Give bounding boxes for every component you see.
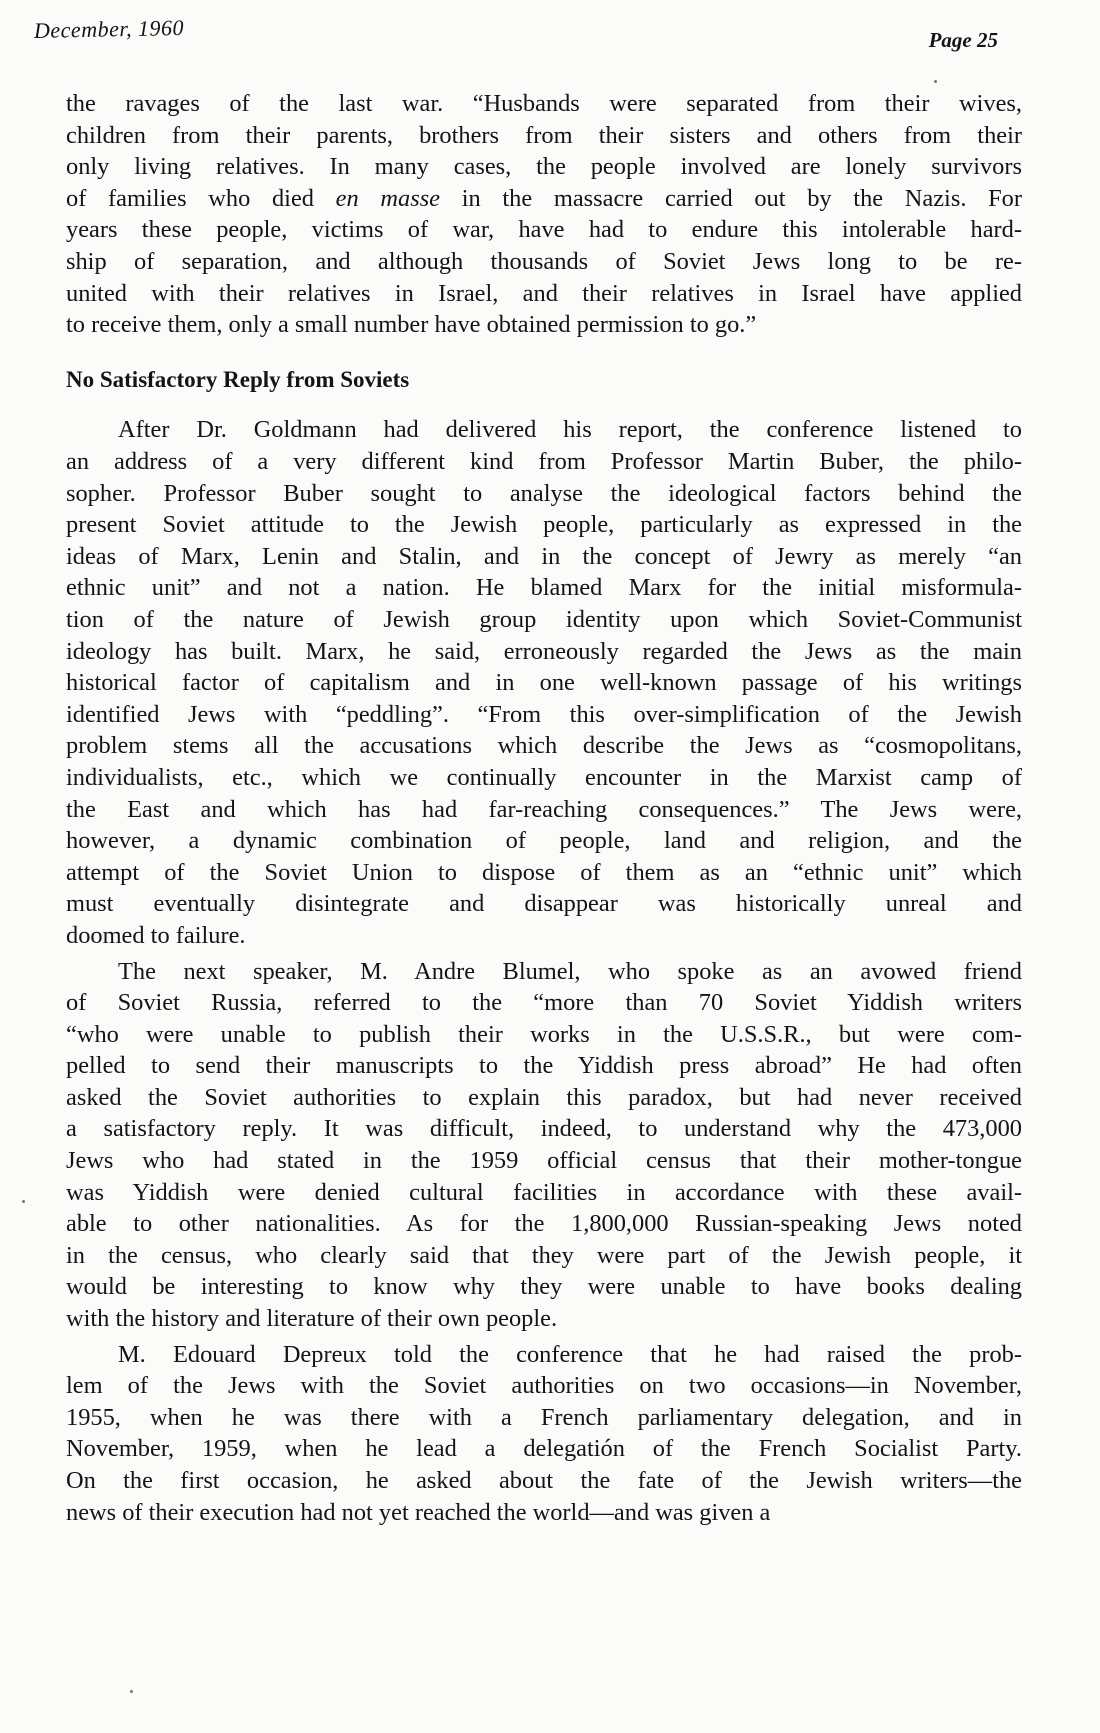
text-line: an address of a very different kind from… xyxy=(66,446,1022,478)
issue-date: December, 1960 xyxy=(34,15,184,44)
text-line: would be interesting to know why they we… xyxy=(66,1271,1022,1303)
text-line: pelled to send their manuscripts to the … xyxy=(66,1050,1022,1082)
text-line: 1955, when he was there with a French pa… xyxy=(66,1402,1022,1434)
text-line: however, a dynamic combination of people… xyxy=(66,825,1022,857)
page-header: December, 1960 Page 25 xyxy=(34,18,998,58)
paragraph: The next speaker, M. Andre Blumel, who s… xyxy=(66,956,1022,1335)
text-line: must eventually disintegrate and disappe… xyxy=(66,888,1022,920)
text-line: historical factor of capitalism and in o… xyxy=(66,667,1022,699)
text-line: sopher. Professor Buber sought to analys… xyxy=(66,478,1022,510)
text-line: problem stems all the accusations which … xyxy=(66,730,1022,762)
text-line: united with their relatives in Israel, a… xyxy=(66,278,1022,310)
text-line: lem of the Jews with the Soviet authorit… xyxy=(66,1370,1022,1402)
text-line: The next speaker, M. Andre Blumel, who s… xyxy=(66,956,1022,988)
text-line-with-italic: of families who died en masse in the mas… xyxy=(66,183,1022,215)
text-line: only living relatives. In many cases, th… xyxy=(66,151,1022,183)
paragraph: After Dr. Goldmann had delivered his rep… xyxy=(66,414,1022,951)
text-line: children from their parents, brothers fr… xyxy=(66,120,1022,152)
text-line: ethnic unit” and not a nation. He blamed… xyxy=(66,572,1022,604)
page-number: Page 25 xyxy=(929,28,998,53)
text-line: to receive them, only a small number hav… xyxy=(66,309,1022,341)
text-line: years these people, victims of war, have… xyxy=(66,214,1022,246)
text-line: the ravages of the last war. “Husbands w… xyxy=(66,88,1022,120)
article-body: the ravages of the last war. “Husbands w… xyxy=(66,88,1022,1528)
scan-speck xyxy=(130,1690,133,1693)
text-line: Jews who had stated in the 1959 official… xyxy=(66,1145,1022,1177)
text-line: with the history and literature of their… xyxy=(66,1303,1022,1335)
text-line: of Soviet Russia, referred to the “more … xyxy=(66,987,1022,1019)
text-line: On the first occasion, he asked about th… xyxy=(66,1465,1022,1497)
section-heading: No Satisfactory Reply from Soviets xyxy=(66,364,1022,396)
intro-paragraph: the ravages of the last war. “Husbands w… xyxy=(66,88,1022,341)
scan-speck xyxy=(934,80,937,83)
text-line: news of their execution had not yet reac… xyxy=(66,1497,1022,1529)
text-line: individualists, etc., which we continual… xyxy=(66,762,1022,794)
text-line: ship of separation, and although thousan… xyxy=(66,246,1022,278)
text-line: was Yiddish were denied cultural facilit… xyxy=(66,1177,1022,1209)
text-line: asked the Soviet authorities to explain … xyxy=(66,1082,1022,1114)
text-line: After Dr. Goldmann had delivered his rep… xyxy=(66,414,1022,446)
text-line: the East and which has had far-reaching … xyxy=(66,794,1022,826)
scan-speck xyxy=(22,1200,25,1203)
text-line: “who were unable to publish their works … xyxy=(66,1019,1022,1051)
text-line: a satisfactory reply. It was difficult, … xyxy=(66,1113,1022,1145)
italic-phrase: en masse xyxy=(336,185,440,212)
text-line: ideas of Marx, Lenin and Stalin, and in … xyxy=(66,541,1022,573)
text-line: November, 1959, when he lead a delegatió… xyxy=(66,1433,1022,1465)
paragraphs: After Dr. Goldmann had delivered his rep… xyxy=(66,414,1022,1528)
paragraph: M. Edouard Depreux told the conference t… xyxy=(66,1339,1022,1529)
text-line: identified Jews with “peddling”. “From t… xyxy=(66,699,1022,731)
text-line: able to other nationalities. As for the … xyxy=(66,1208,1022,1240)
text-line: ideology has built. Marx, he said, erron… xyxy=(66,636,1022,668)
text-line: doomed to failure. xyxy=(66,920,1022,952)
text-line: M. Edouard Depreux told the conference t… xyxy=(66,1339,1022,1371)
text-line: in the census, who clearly said that the… xyxy=(66,1240,1022,1272)
text-line: present Soviet attitude to the Jewish pe… xyxy=(66,509,1022,541)
text-line: tion of the nature of Jewish group ident… xyxy=(66,604,1022,636)
text-line: attempt of the Soviet Union to dispose o… xyxy=(66,857,1022,889)
